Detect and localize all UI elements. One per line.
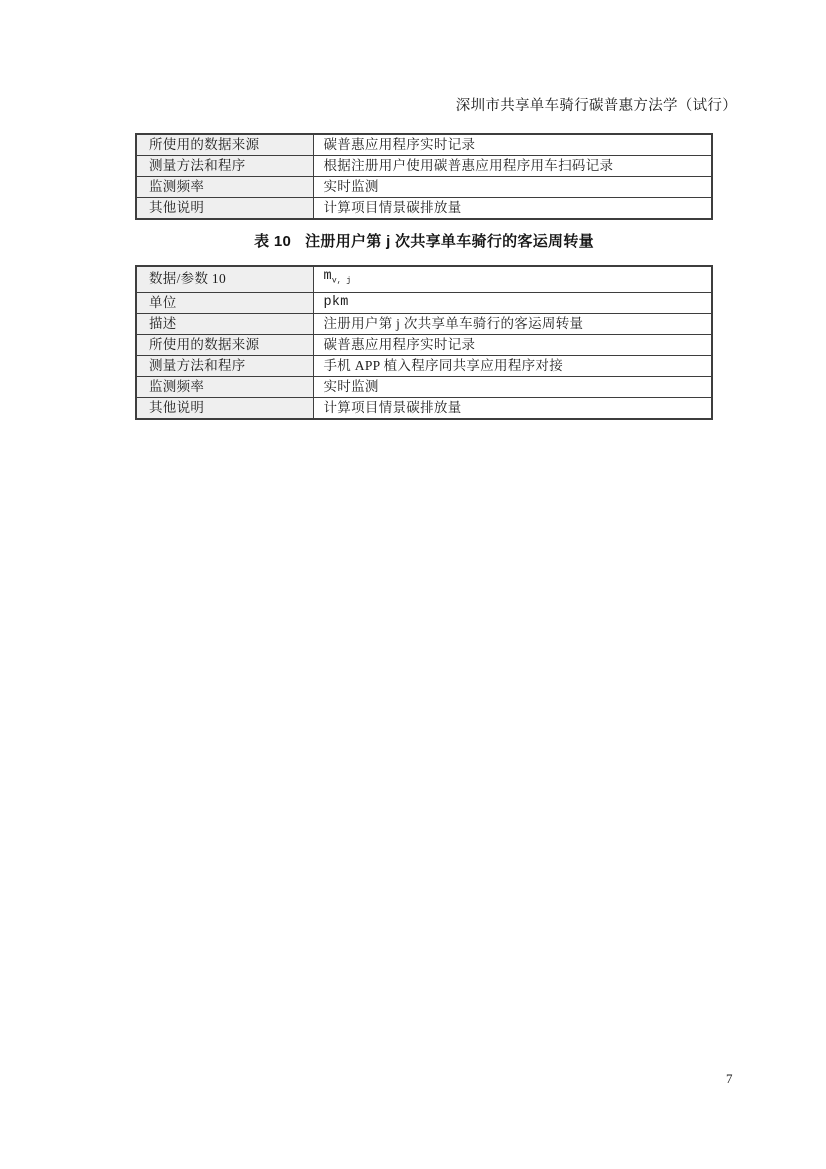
- row-value: pkm: [313, 292, 712, 313]
- row-label: 测量方法和程序: [136, 355, 313, 376]
- table-row: 测量方法和程序 根据注册用户使用碳普惠应用程序用车扫码记录: [136, 156, 712, 177]
- row-value: 手机 APP 植入程序同共享应用程序对接: [313, 355, 712, 376]
- table-row: 所使用的数据来源 碳普惠应用程序实时记录: [136, 334, 712, 355]
- parameter-table-10: 数据/参数 10 mv, j 单位 pkm 描述 注册用户第 j 次共享单车骑行…: [135, 265, 713, 420]
- row-label: 监测频率: [136, 177, 313, 198]
- table-row: 所使用的数据来源 碳普惠应用程序实时记录: [136, 134, 712, 156]
- row-value: 根据注册用户使用碳普惠应用程序用车扫码记录: [313, 156, 712, 177]
- parameter-symbol-subscript: v, j: [332, 277, 351, 286]
- table-caption-number: 表 10: [254, 233, 291, 250]
- row-value: 碳普惠应用程序实时记录: [313, 134, 712, 156]
- row-label: 测量方法和程序: [136, 156, 313, 177]
- table-caption-title: 注册用户第 j 次共享单车骑行的客运周转量: [305, 233, 594, 250]
- row-label: 数据/参数 10: [136, 266, 313, 292]
- row-value: mv, j: [313, 266, 712, 292]
- document-page: 深圳市共享单车骑行碳普惠方法学（试行） 所使用的数据来源 碳普惠应用程序实时记录…: [0, 0, 826, 1169]
- row-label: 监测频率: [136, 376, 313, 397]
- row-value: 实时监测: [313, 376, 712, 397]
- row-value: 注册用户第 j 次共享单车骑行的客运周转量: [313, 313, 712, 334]
- table-row: 数据/参数 10 mv, j: [136, 266, 712, 292]
- table-row: 监测频率 实时监测: [136, 177, 712, 198]
- row-label: 所使用的数据来源: [136, 134, 313, 156]
- row-value: 实时监测: [313, 177, 712, 198]
- table-row: 测量方法和程序 手机 APP 植入程序同共享应用程序对接: [136, 355, 712, 376]
- monitoring-table-continued: 所使用的数据来源 碳普惠应用程序实时记录 测量方法和程序 根据注册用户使用碳普惠…: [135, 133, 713, 220]
- table-row: 描述 注册用户第 j 次共享单车骑行的客运周转量: [136, 313, 712, 334]
- table-row: 其他说明 计算项目情景碳排放量: [136, 397, 712, 419]
- row-value: 计算项目情景碳排放量: [313, 397, 712, 419]
- table-caption: 表 10注册用户第 j 次共享单车骑行的客运周转量: [135, 232, 713, 251]
- page-number: 7: [726, 1071, 733, 1087]
- table-row: 其他说明 计算项目情景碳排放量: [136, 198, 712, 220]
- table-row: 单位 pkm: [136, 292, 712, 313]
- row-value: 计算项目情景碳排放量: [313, 198, 712, 220]
- running-header: 深圳市共享单车骑行碳普惠方法学（试行）: [0, 97, 737, 115]
- row-label: 单位: [136, 292, 313, 313]
- row-label: 其他说明: [136, 397, 313, 419]
- row-label: 描述: [136, 313, 313, 334]
- table-row: 监测频率 实时监测: [136, 376, 712, 397]
- row-value: 碳普惠应用程序实时记录: [313, 334, 712, 355]
- row-label: 所使用的数据来源: [136, 334, 313, 355]
- row-label: 其他说明: [136, 198, 313, 220]
- parameter-symbol: m: [324, 269, 332, 284]
